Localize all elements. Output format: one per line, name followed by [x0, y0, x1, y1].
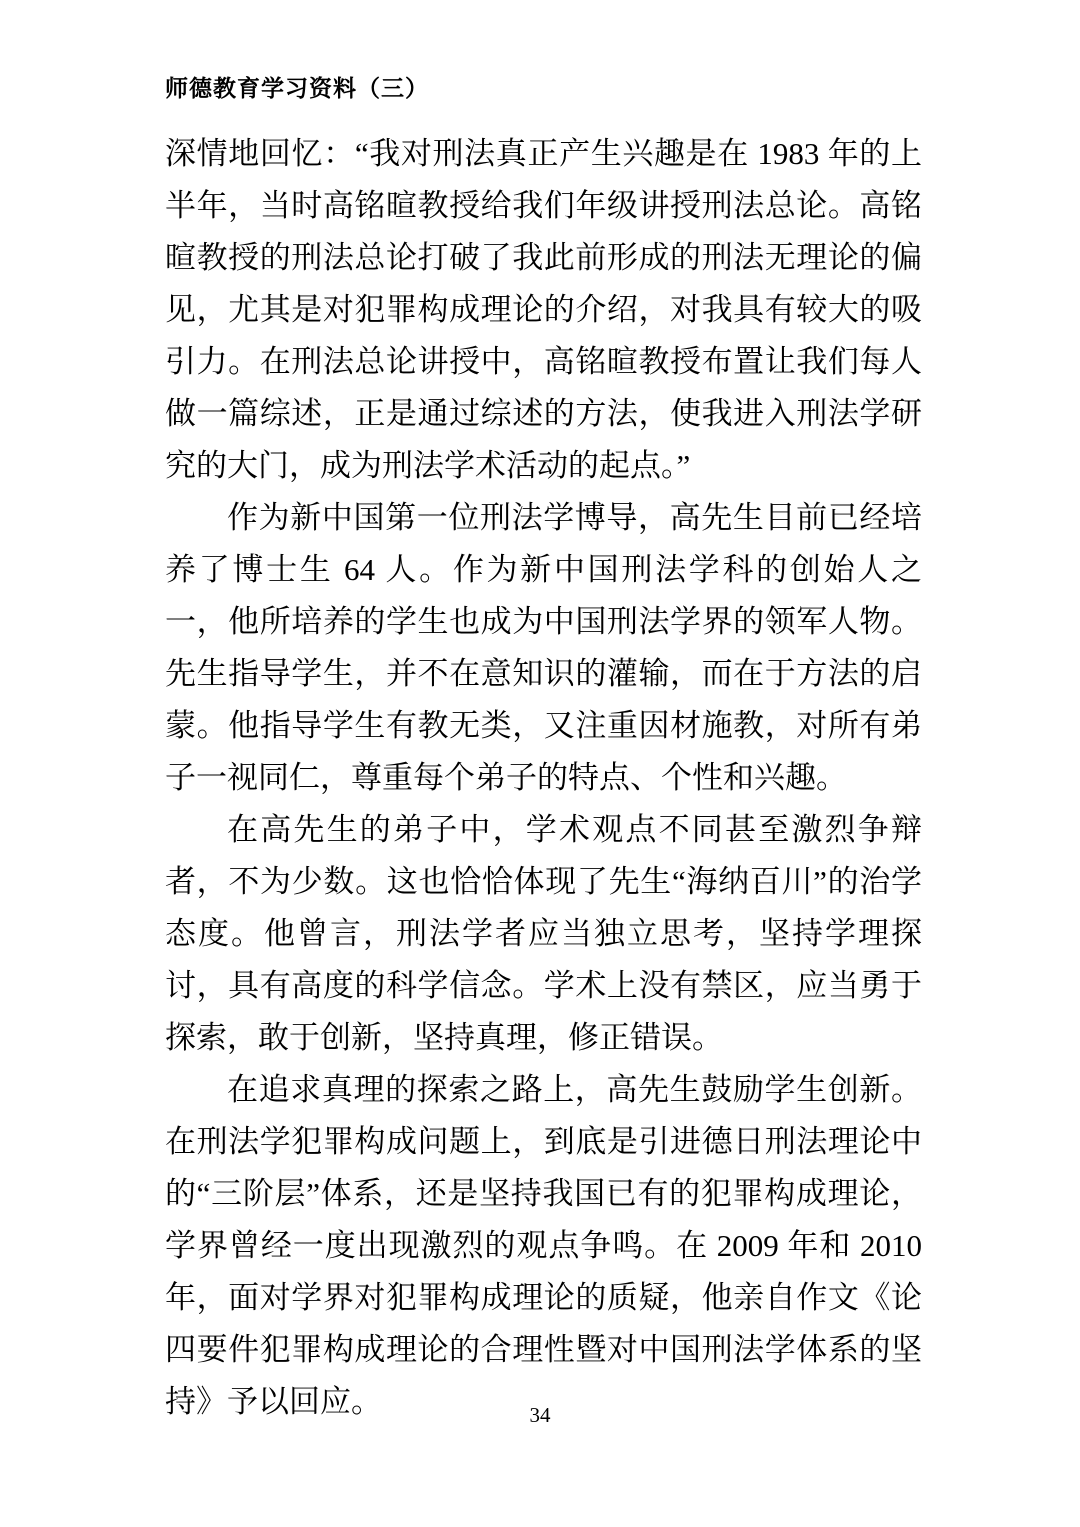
paragraph: 在追求真理的探索之路上，高先生鼓励学生创新。在刑法学犯罪构成问题上，到底是引进德… [165, 1064, 922, 1428]
document-body: 深情地回忆：“我对刑法真正产生兴趣是在 1983 年的上半年，当时高铭暄教授给我… [165, 128, 922, 1428]
document-page: 师德教育学习资料（三） 深情地回忆：“我对刑法真正产生兴趣是在 1983 年的上… [0, 0, 1080, 1527]
paragraph: 在高先生的弟子中，学术观点不同甚至激烈争辩者，不为少数。这也恰恰体现了先生“海纳… [165, 804, 922, 1064]
document-header-title: 师德教育学习资料（三） [165, 70, 429, 103]
paragraph: 深情地回忆：“我对刑法真正产生兴趣是在 1983 年的上半年，当时高铭暄教授给我… [165, 128, 922, 492]
page-number: 34 [0, 1403, 1080, 1428]
paragraph: 作为新中国第一位刑法学博导，高先生目前已经培养了博士生 64 人。作为新中国刑法… [165, 492, 922, 804]
